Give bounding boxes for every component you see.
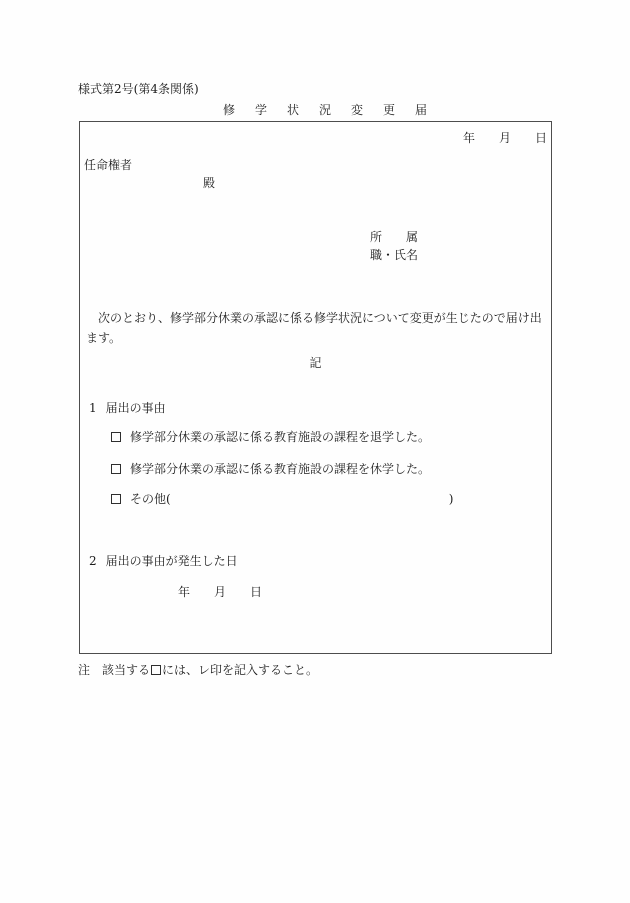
footnote-prefix: 注 該当する bbox=[78, 663, 150, 677]
form-border-box: 年 月 日 任命権者 殿 所 属 職・氏名 次のとおり、修学部分休業の承認に係る… bbox=[79, 121, 552, 654]
record-heading: 記 bbox=[80, 356, 551, 370]
signer-block: 所 属 職・氏名 bbox=[370, 228, 418, 264]
footnote-suffix: には、レ印を記入すること。 bbox=[162, 663, 318, 677]
checkbox-item-left-school: 修学部分休業の承認に係る教育施設の課程を退学した。 bbox=[111, 430, 430, 444]
form-number-label: 様式第2号(第4条関係) bbox=[78, 82, 199, 96]
paren-close-label: ) bbox=[449, 492, 454, 506]
body-paragraph: 次のとおり、修学部分休業の承認に係る修学状況について変更が生じたので届け出ます。 bbox=[86, 308, 546, 348]
occurrence-date-line: 年 月 日 bbox=[178, 585, 262, 599]
footnote: 注 該当するには、レ印を記入すること。 bbox=[78, 663, 318, 677]
section1-title: 届出の事由 bbox=[106, 401, 166, 415]
section2-number: 2 bbox=[89, 554, 97, 568]
submission-date-line: 年 月 日 bbox=[463, 131, 547, 145]
section2-heading: 2届出の事由が発生した日 bbox=[89, 554, 238, 568]
checkbox-label: その他( bbox=[130, 492, 171, 506]
checkbox-item-leave-of-absence: 修学部分休業の承認に係る教育施設の課程を休学した。 bbox=[111, 462, 430, 476]
checkbox-item-other: その他() bbox=[111, 492, 453, 506]
checkbox-icon[interactable] bbox=[111, 464, 121, 474]
addressee-label: 任命権者 bbox=[84, 158, 132, 172]
document-page: 様式第2号(第4条関係) 修学状況変更届 年 月 日 任命権者 殿 所 属 職・… bbox=[0, 0, 630, 903]
checkbox-label: 修学部分休業の承認に係る教育施設の課程を退学した。 bbox=[130, 430, 430, 444]
checkbox-icon[interactable] bbox=[111, 494, 121, 504]
checkbox-label: 修学部分休業の承認に係る教育施設の課程を休学した。 bbox=[130, 462, 430, 476]
document-title: 修学状況変更届 bbox=[223, 103, 447, 117]
section1-number: 1 bbox=[89, 401, 97, 415]
section2-title: 届出の事由が発生した日 bbox=[106, 554, 238, 568]
position-name-label: 職・氏名 bbox=[370, 246, 418, 264]
honorific-label: 殿 bbox=[203, 176, 215, 190]
section1-heading: 1届出の事由 bbox=[89, 401, 166, 415]
checkbox-glyph-icon bbox=[151, 665, 161, 675]
affiliation-label: 所 属 bbox=[370, 228, 418, 246]
checkbox-icon[interactable] bbox=[111, 432, 121, 442]
